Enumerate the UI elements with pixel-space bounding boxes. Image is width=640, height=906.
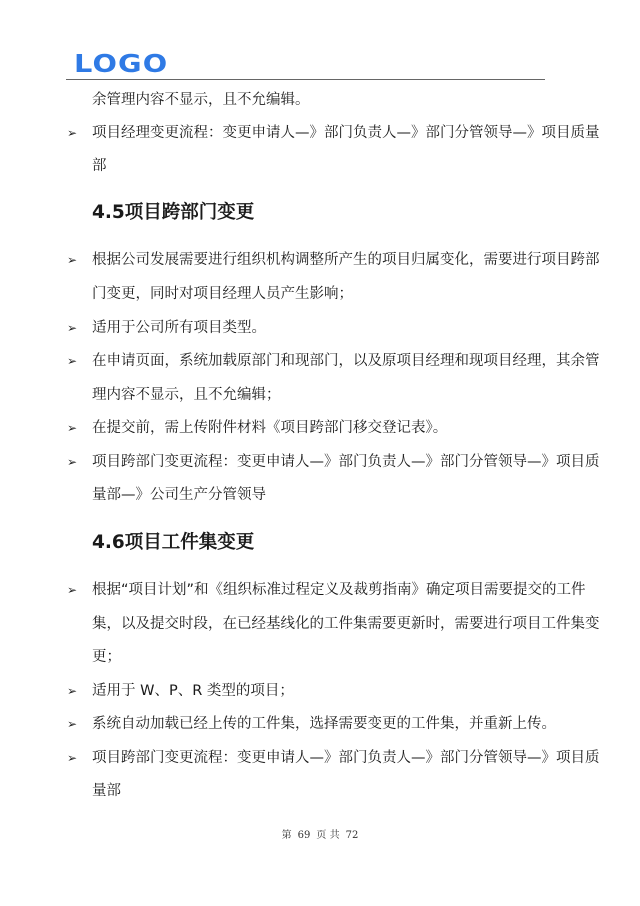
bullet-arrow-icon: ➢ [67, 681, 77, 701]
logo: LOGO [74, 50, 168, 78]
footer-prefix: 第 [282, 830, 292, 841]
bullet-arrow-icon: ➢ [67, 418, 77, 438]
list-item: 项目经理变更流程：变更申请人—》部门负责人—》部门分管领导—》项目质量 [92, 123, 600, 143]
continuation-text: 余管理内容不显示，且不允编辑。 [92, 90, 310, 110]
list-item-cont: 量部—》公司生产分管领导 [92, 485, 266, 505]
list-item: 项目跨部门变更流程：变更申请人—》部门负责人—》部门分管领导—》项目质 [92, 452, 600, 472]
list-item: 系统自动加载已经上传的工件集，选择需要变更的工件集，并重新上传。 [92, 714, 556, 734]
header-divider [66, 79, 545, 80]
bullet-arrow-icon: ➢ [67, 250, 77, 270]
bullet-arrow-icon: ➢ [67, 714, 77, 734]
list-item-cont: 部 [92, 156, 107, 176]
bullet-arrow-icon: ➢ [67, 748, 77, 768]
list-item-cont: 更； [92, 647, 121, 667]
page-total: 72 [346, 830, 359, 841]
bullet-arrow-icon: ➢ [67, 351, 77, 371]
footer-middle: 页 共 [316, 830, 339, 841]
page-number: 69 [298, 830, 311, 841]
list-item-cont: 量部 [92, 781, 121, 801]
section-heading-4-5: 4.5项目跨部门变更 [92, 200, 254, 226]
bullet-arrow-icon: ➢ [67, 123, 77, 143]
list-item: 根据“项目计划”和《组织标准过程定义及裁剪指南》确定项目需要提交的工件 [92, 580, 586, 600]
bullet-arrow-icon: ➢ [67, 580, 77, 600]
section-heading-4-6: 4.6项目工件集变更 [92, 530, 254, 556]
page-footer: 第69页 共72 [0, 826, 640, 841]
bullet-arrow-icon: ➢ [67, 318, 77, 338]
list-item-cont: 集，以及提交时段，在已经基线化的工件集需要更新时，需要进行项目工件集变 [92, 614, 600, 634]
list-item: 在提交前，需上传附件材料《项目跨部门移交登记表》。 [92, 418, 447, 438]
list-item-cont: 理内容不显示，且不允编辑； [92, 385, 281, 405]
list-item: 适用于公司所有项目类型。 [92, 318, 266, 338]
list-item-cont: 门变更，同时对项目经理人员产生影响； [92, 284, 353, 304]
bullet-arrow-icon: ➢ [67, 452, 77, 472]
list-item: 适用于 W、P、R 类型的项目； [92, 681, 294, 701]
list-item: 项目跨部门变更流程：变更申请人—》部门负责人—》部门分管领导—》项目质 [92, 748, 600, 768]
list-item: 根据公司发展需要进行组织机构调整所产生的项目归属变化，需要进行项目跨部 [92, 250, 600, 270]
list-item: 在申请页面，系统加载原部门和现部门，以及原项目经理和现项目经理，其余管 [92, 351, 600, 371]
